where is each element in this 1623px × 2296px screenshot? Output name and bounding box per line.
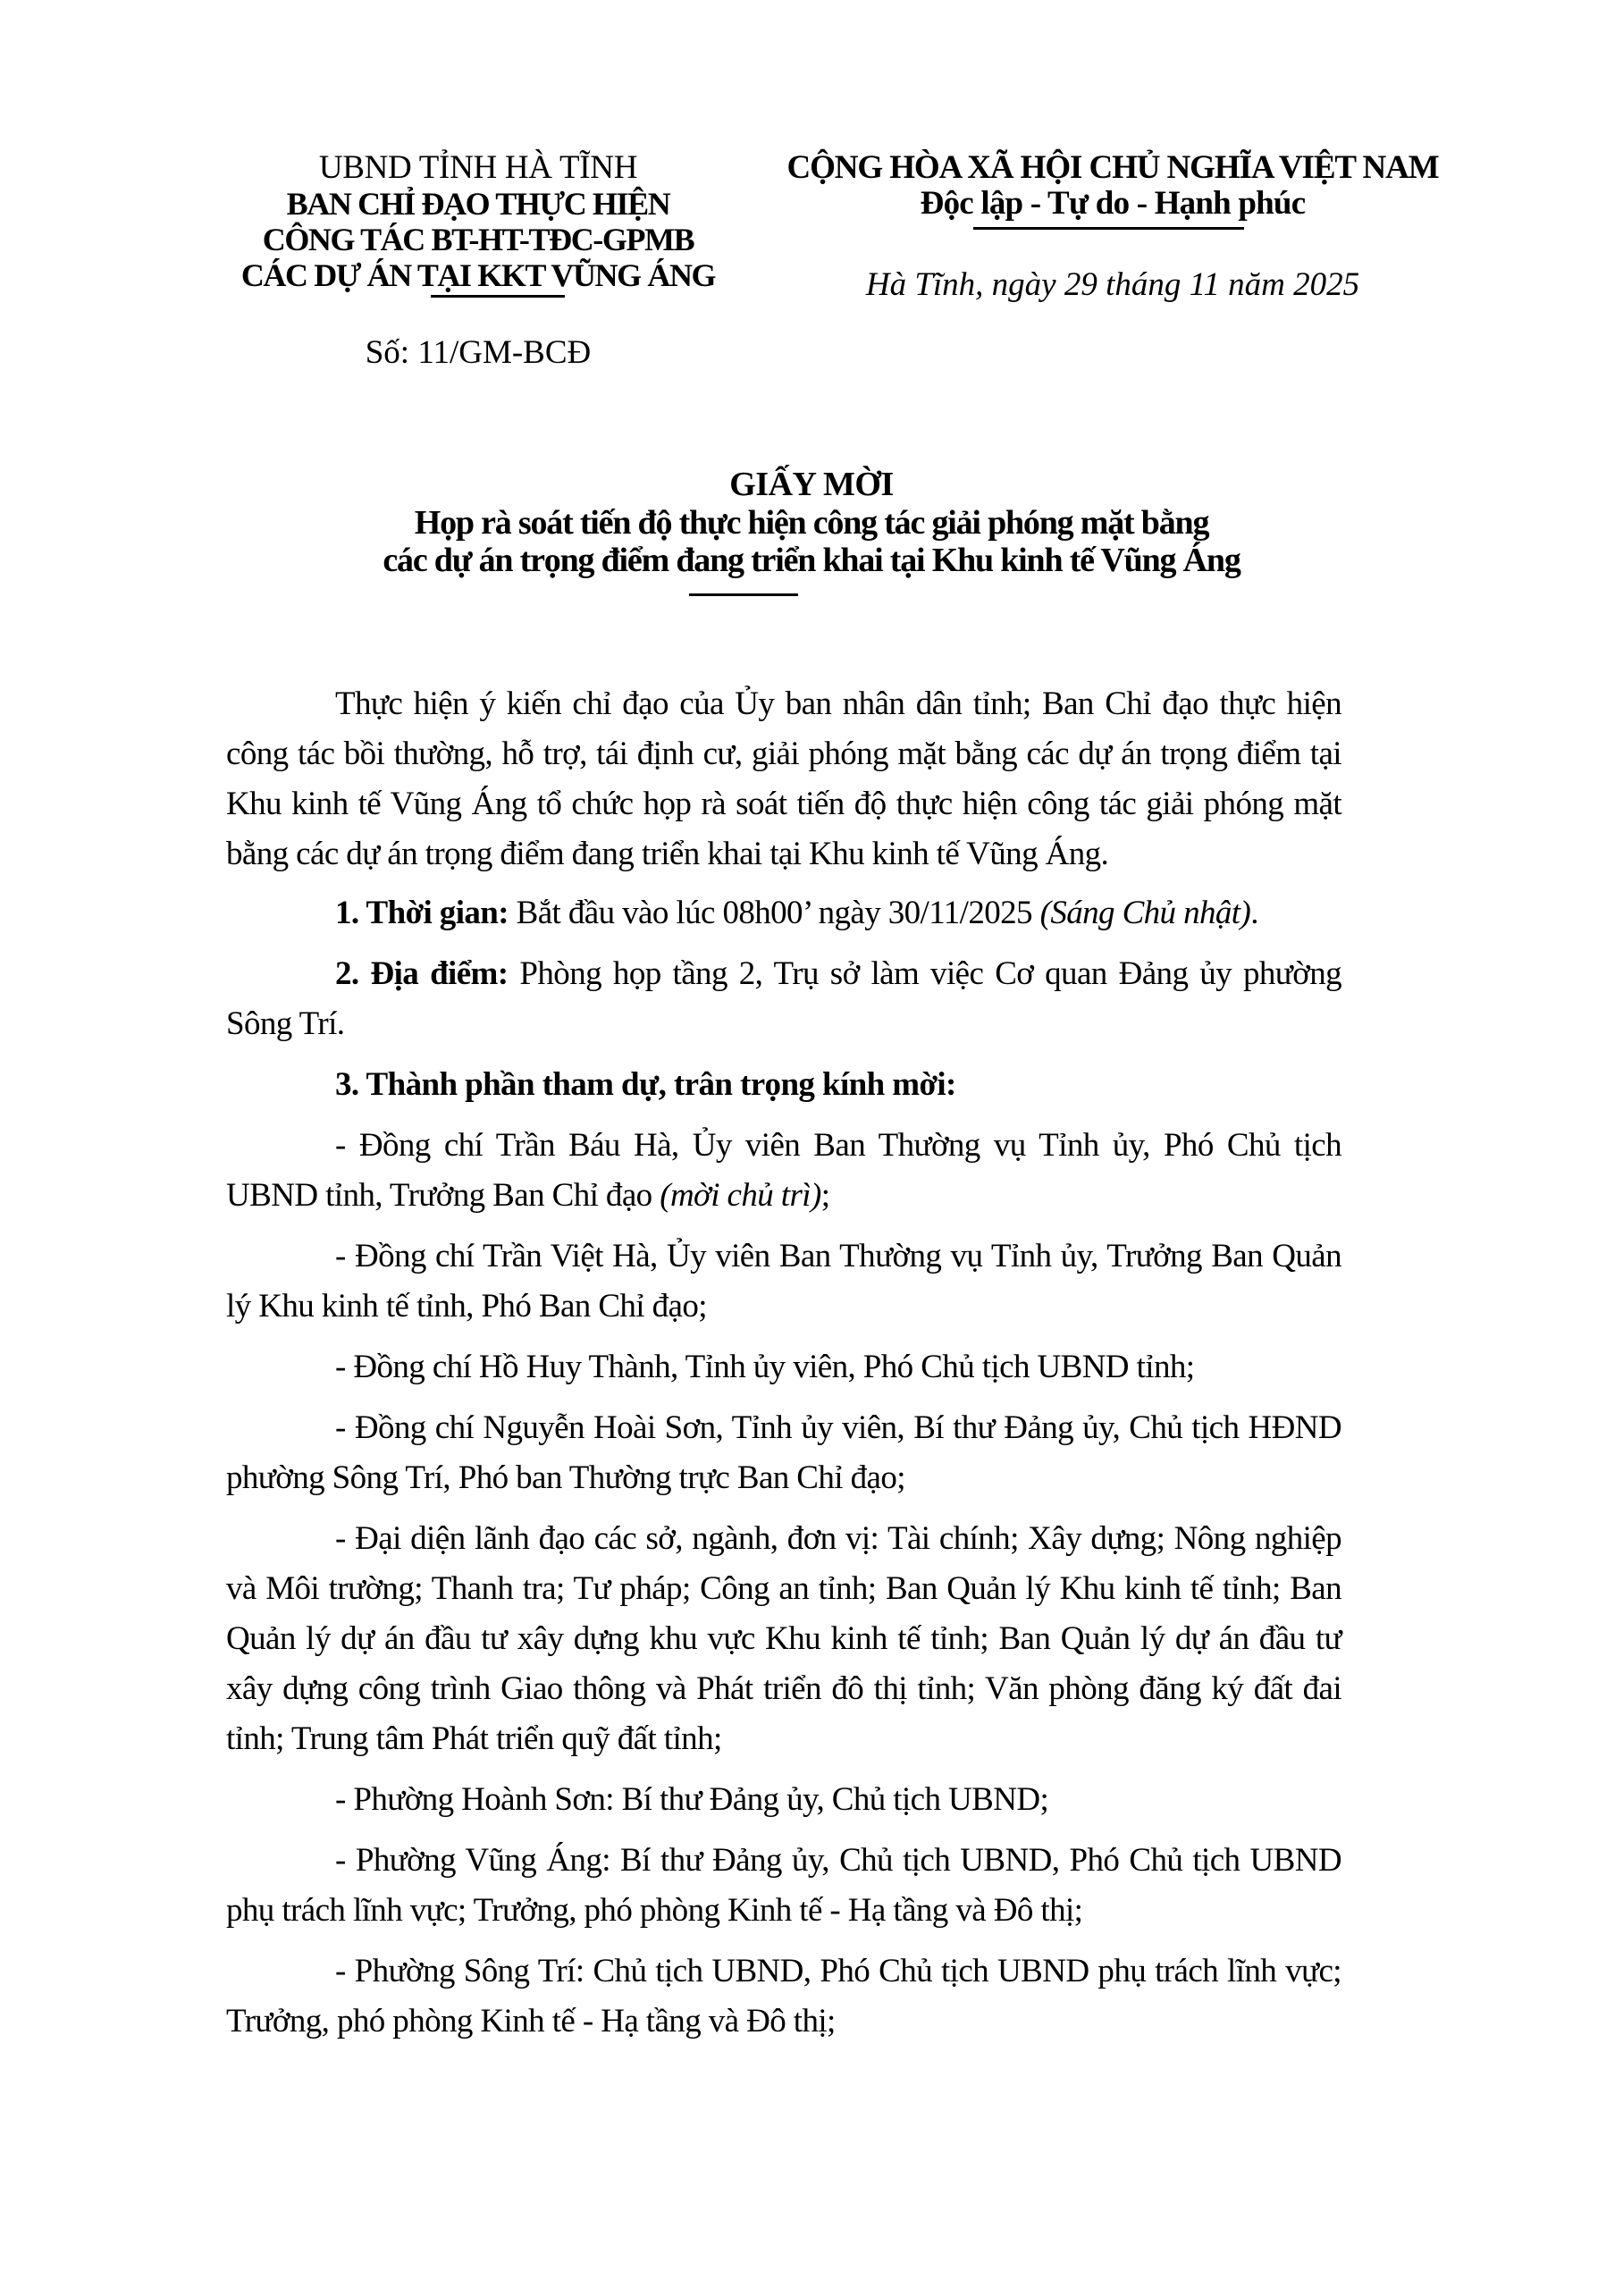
meeting-time: 1. Thời gian: Bắt đầu vào lúc 08h00’ ngà…: [226, 888, 1341, 938]
attendee-item: - Đại diện lãnh đạo các sở, ngành, đơn v…: [226, 1514, 1341, 1764]
time-note: (Sáng Chủ nhật): [1040, 895, 1251, 931]
document-number: Số: 11/GM-BCĐ: [228, 335, 728, 371]
attendees-label: 3. Thành phần tham dự, trân trọng kính m…: [335, 1066, 956, 1103]
motto-underline-divider: [973, 227, 1244, 230]
attendee-note: (mời chủ trì): [660, 1177, 820, 1214]
location-label: 2. Địa điểm:: [335, 955, 509, 992]
agency-name-line-2: CÔNG TÁC BT-HT-TĐC-GPMB: [228, 222, 728, 257]
attendee-end: ;: [821, 1177, 830, 1214]
attendee-text: - Đồng chí Trần Việt Hà, Ủy viên Ban Thư…: [226, 1238, 1341, 1325]
document-page: UBND TỈNH HÀ TĨNH BAN CHỈ ĐẠO THỰC HIỆN …: [0, 0, 1623, 2296]
meeting-location: 2. Địa điểm: Phòng họp tầng 2, Trụ sở là…: [226, 949, 1341, 1049]
place-and-date: Hà Tĩnh, ngày 29 tháng 11 năm 2025: [733, 267, 1493, 303]
national-title: CỘNG HÒA XÃ HỘI CHỦ NGHĨA VIỆT NAM: [733, 150, 1493, 186]
subject-line-2: các dự án trọng điểm đang triển khai tại…: [223, 542, 1400, 579]
intro-paragraph: Thực hiện ý kiến chỉ đạo của Ủy ban nhân…: [226, 679, 1341, 879]
attendee-item: - Đồng chí Hồ Huy Thành, Tỉnh ủy viên, P…: [226, 1342, 1341, 1392]
attendee-text: - Đồng chí Hồ Huy Thành, Tỉnh ủy viên, P…: [335, 1349, 1194, 1385]
attendee-item: - Đồng chí Trần Việt Hà, Ủy viên Ban Thư…: [226, 1232, 1341, 1332]
attendee-text: - Đồng chí Nguyễn Hoài Sơn, Tỉnh ủy viên…: [226, 1409, 1341, 1496]
time-text: Bắt đầu vào lúc 08h00’ ngày 30/11/2025: [509, 895, 1040, 931]
national-motto: Độc lập - Tự do - Hạnh phúc: [733, 186, 1493, 222]
attendee-item: - Phường Sông Trí: Chủ tịch UBND, Phó Ch…: [226, 1947, 1341, 2047]
document-title-block: GIẤY MỜI Họp rà soát tiến độ thực hiện c…: [223, 465, 1400, 596]
attendee-text: - Phường Sông Trí: Chủ tịch UBND, Phó Ch…: [226, 1953, 1341, 2039]
national-header-block: CỘNG HÒA XÃ HỘI CHỦ NGHĨA VIỆT NAM Độc l…: [733, 150, 1493, 303]
attendee-item: - Đồng chí Nguyễn Hoài Sơn, Tỉnh ủy viên…: [226, 1403, 1341, 1503]
time-end: .: [1250, 895, 1258, 931]
attendee-text: - Phường Hoành Sơn: Bí thư Đảng ủy, Chủ …: [335, 1781, 1048, 1818]
attendee-text: - Phường Vũng Áng: Bí thư Đảng ủy, Chủ t…: [226, 1842, 1341, 1929]
subject-line-1: Họp rà soát tiến độ thực hiện công tác g…: [223, 504, 1400, 542]
time-label: 1. Thời gian:: [335, 895, 509, 931]
agency-name-line-1: BAN CHỈ ĐẠO THỰC HIỆN: [228, 186, 728, 222]
attendee-item: - Đồng chí Trần Báu Hà, Ủy viên Ban Thườ…: [226, 1121, 1341, 1221]
agency-underline-divider: [431, 295, 565, 298]
attendees-heading: 3. Thành phần tham dự, trân trọng kính m…: [226, 1060, 1341, 1110]
attendee-text: - Đại diện lãnh đạo các sở, ngành, đơn v…: [226, 1520, 1341, 1757]
document-type: GIẤY MỜI: [223, 465, 1400, 504]
agency-name-line-3: CÁC DỰ ÁN TẠI KKT VŨNG ÁNG: [228, 257, 728, 293]
issuing-agency-block: UBND TỈNH HÀ TĨNH BAN CHỈ ĐẠO THỰC HIỆN …: [228, 150, 728, 371]
title-underline-divider: [689, 593, 798, 596]
document-body: Thực hiện ý kiến chỉ đạo của Ủy ban nhân…: [226, 679, 1341, 2057]
parent-agency: UBND TỈNH HÀ TĨNH: [228, 150, 728, 186]
attendee-item: - Phường Vũng Áng: Bí thư Đảng ủy, Chủ t…: [226, 1836, 1341, 1936]
attendee-item: - Phường Hoành Sơn: Bí thư Đảng ủy, Chủ …: [226, 1775, 1341, 1825]
